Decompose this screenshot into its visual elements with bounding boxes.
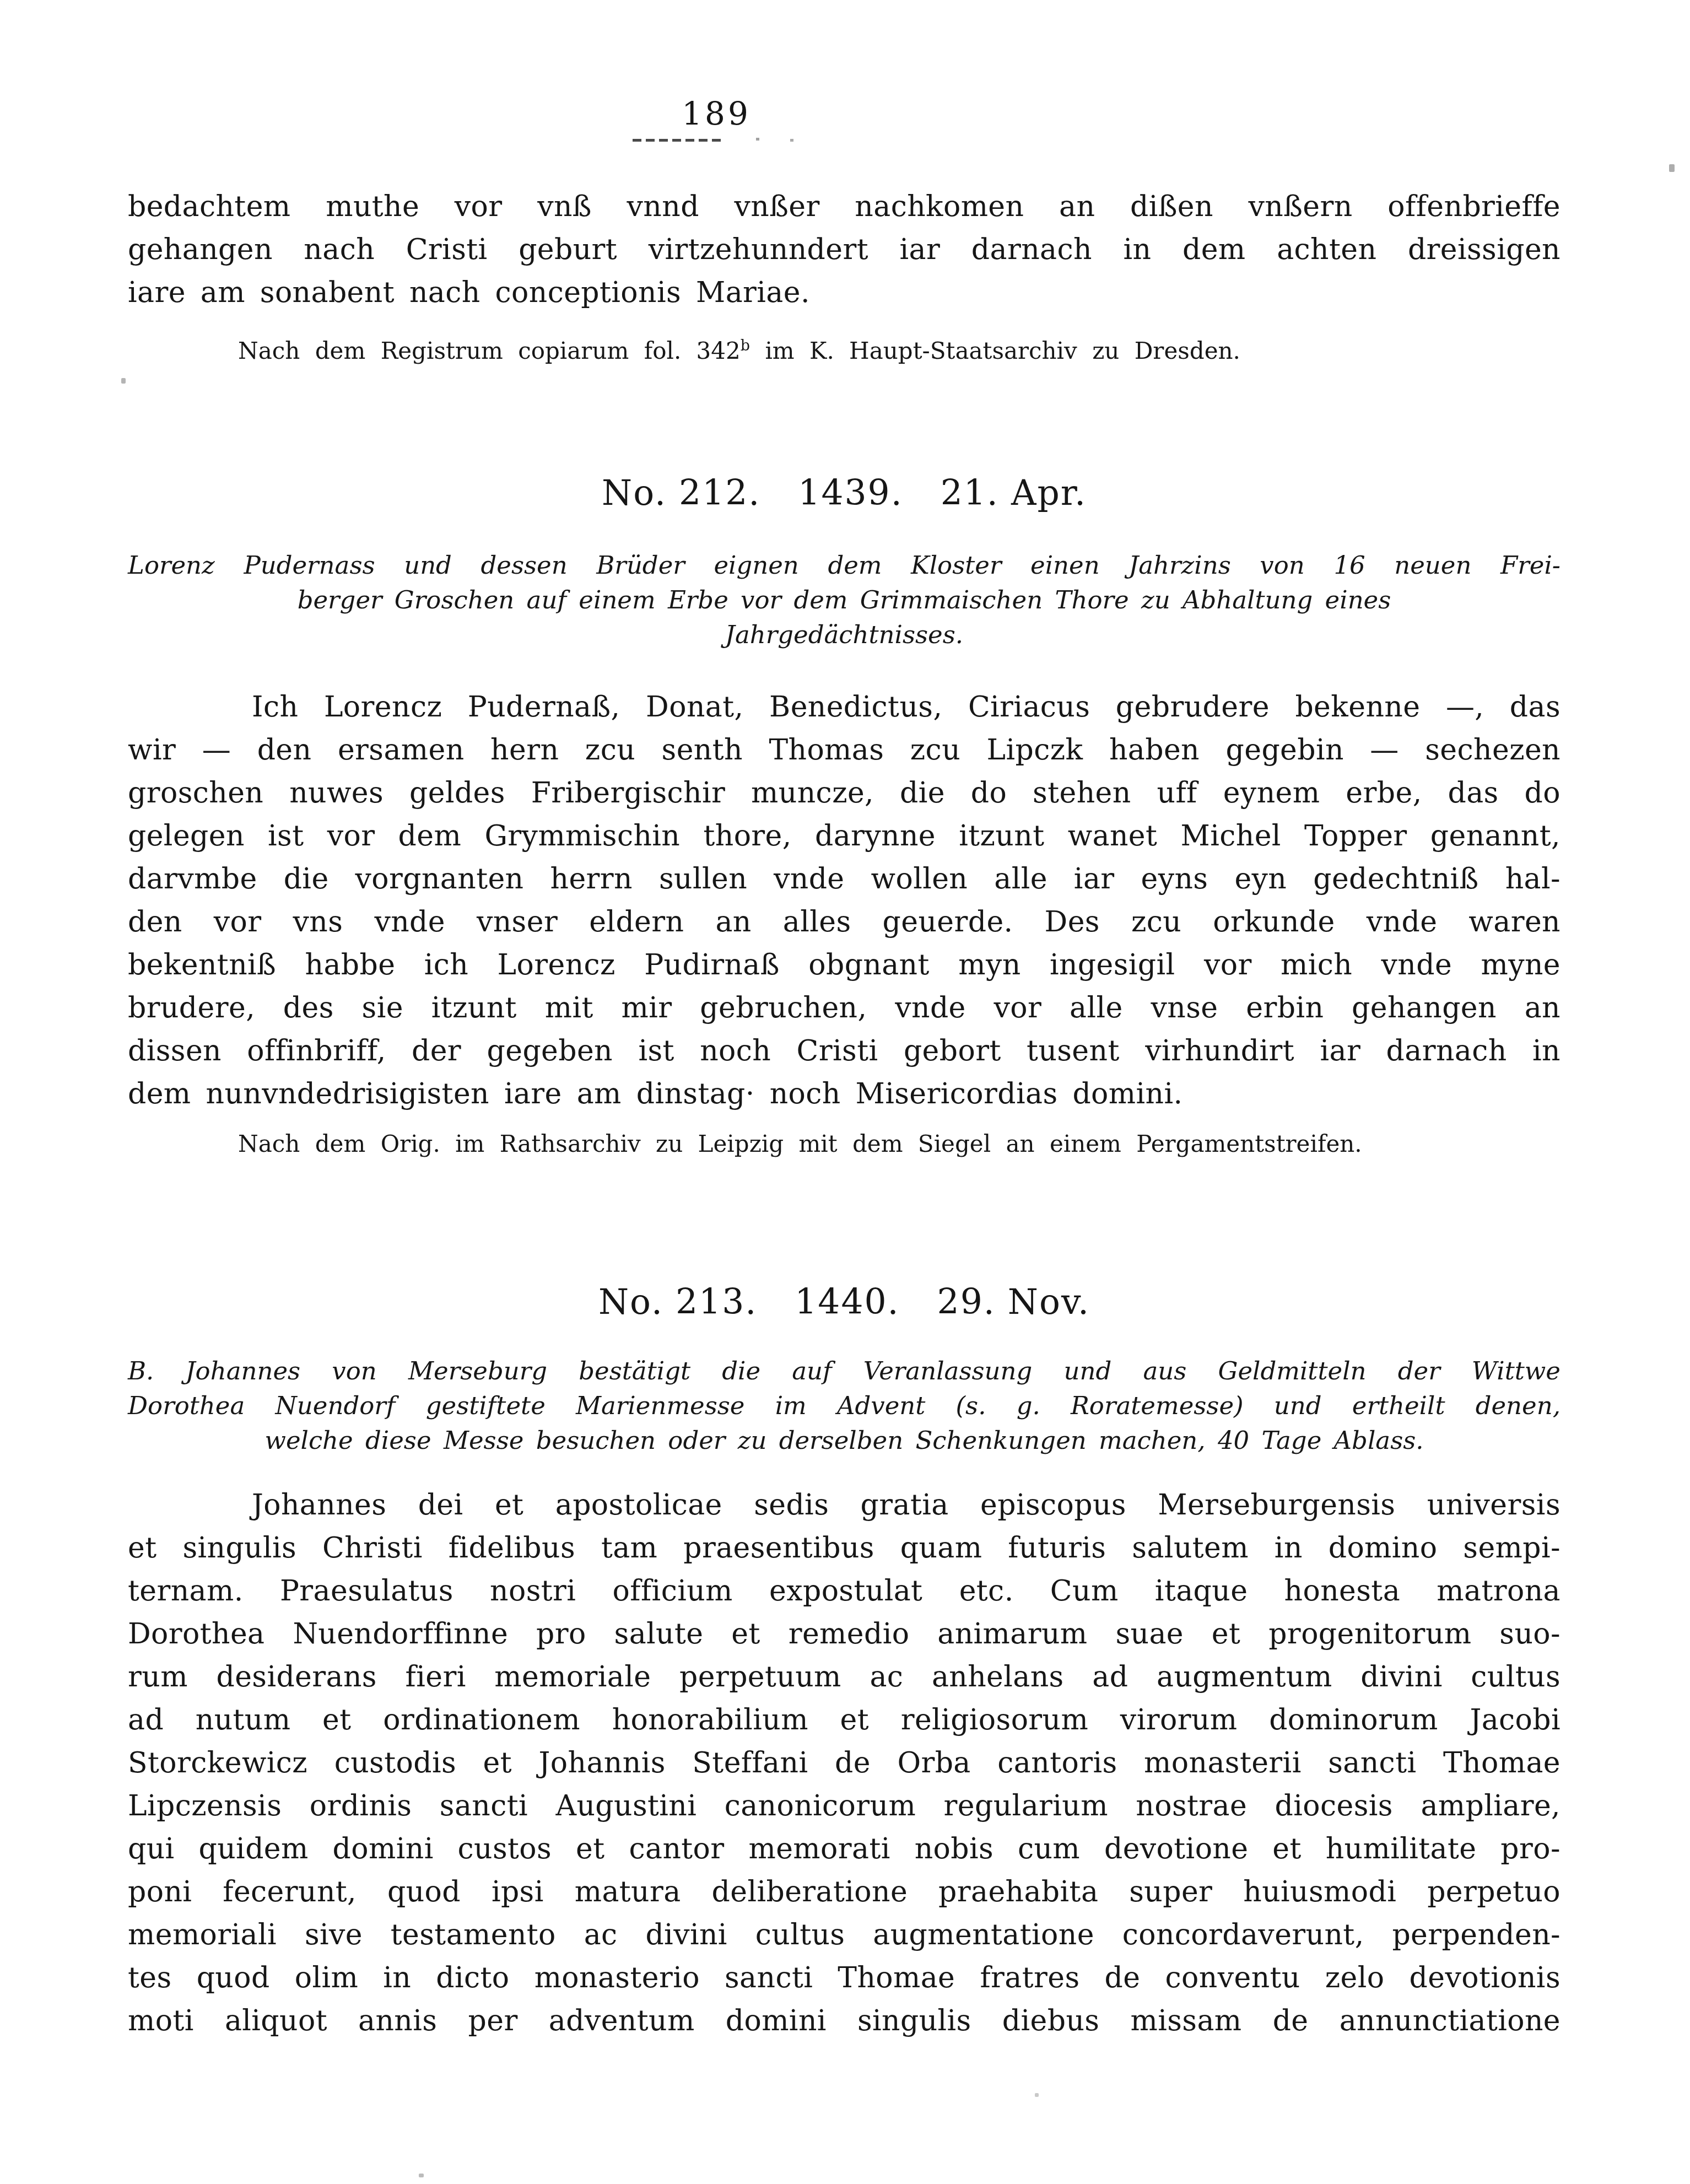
scan-artifact-speck xyxy=(1669,164,1675,172)
scan-artifact-speck xyxy=(121,378,126,384)
text-line: tes quod olim in dicto monasterio sancti… xyxy=(128,1956,1561,1999)
text-line: bedachtem muthe vor vnß vnnd vnßer nachk… xyxy=(128,185,1561,228)
text-line: dem nunvndedrisigisten iare am dinstag· … xyxy=(128,1072,1561,1115)
regest-line: berger Groschen auf einem Erbe vor dem G… xyxy=(128,583,1561,617)
source-note-prev: Nach dem Registrum copiarum fol. 342b im… xyxy=(128,331,1671,366)
text-line: ternam. Praesulatus nostri officium expo… xyxy=(128,1570,1561,1613)
entry-number: No. 212. xyxy=(602,473,760,513)
text-line: bekentniß habbe ich Lorencz Pudirnaß obg… xyxy=(128,943,1561,986)
entry-year: 1440. xyxy=(795,1282,899,1322)
entry-212-body: Ich Lorencz Pudernaß, Donat, Benedictus,… xyxy=(128,686,1561,1115)
entry-212-heading: No. 212. 1439. 21. Apr. xyxy=(128,473,1561,513)
entry-213-body: Johannes dei et apostolicae sedis gratia… xyxy=(128,1484,1561,2042)
entry-number: No. 213. xyxy=(598,1282,757,1322)
entry-date: 21. Apr. xyxy=(941,473,1087,513)
regest-line: Jahrgedächtnisses. xyxy=(128,617,1561,652)
text-line: Storckewicz custodis et Johannis Steffan… xyxy=(128,1741,1561,1784)
text-line: darvmbe die vorgnanten herrn sullen vnde… xyxy=(128,858,1561,900)
regest-line: welche diese Messe besuchen oder zu ders… xyxy=(128,1423,1561,1458)
entry-213-heading: No. 213. 1440. 29. Nov. xyxy=(128,1282,1561,1322)
source-note-text: Nach dem Orig. im Rathsarchiv zu Leipzig… xyxy=(238,1130,1362,1157)
regest-line: B. Johannes von Merseburg bestätigt die … xyxy=(128,1353,1561,1388)
text-line: memoriali sive testamento ac divini cult… xyxy=(128,1913,1561,1956)
book-page: 189 bedachtem muthe vor vnß vnnd vnßer n… xyxy=(0,0,1690,2184)
text-line: gelegen ist vor dem Grymmischin thore, d… xyxy=(128,815,1561,858)
text-line: Johannes dei et apostolicae sedis gratia… xyxy=(128,1484,1561,1527)
text-line: wir — den ersamen hern zcu senth Thomas … xyxy=(128,729,1561,772)
text-line: groschen nuwes geldes Fribergischir munc… xyxy=(128,772,1561,815)
intro-paragraph: bedachtem muthe vor vnß vnnd vnßer nachk… xyxy=(128,185,1561,314)
entry-date: 29. Nov. xyxy=(937,1282,1090,1322)
regest-line: Dorothea Nuendorf gestiftete Marienmesse… xyxy=(128,1388,1561,1423)
source-note-text: Nach dem Registrum copiarum fol. 342 xyxy=(238,337,741,364)
text-line: gehangen nach Cristi geburt virtzehunnde… xyxy=(128,228,1561,271)
text-line: dissen offinbriff, der gegeben ist noch … xyxy=(128,1029,1561,1072)
text-line: ad nutum et ordinationem honorabilium et… xyxy=(128,1698,1561,1741)
folio-superscript: b xyxy=(741,337,750,354)
text-line: Dorothea Nuendorffinne pro salute et rem… xyxy=(128,1613,1561,1655)
scan-artifact-dots xyxy=(756,138,759,141)
regest-line: Lorenz Pudernass und dessen Brüder eigne… xyxy=(128,548,1561,583)
text-line: Ich Lorencz Pudernaß, Donat, Benedictus,… xyxy=(128,686,1561,729)
text-line: moti aliquot annis per adventum domini s… xyxy=(128,1999,1561,2042)
entry-year: 1439. xyxy=(798,473,903,513)
entry-212-source-note: Nach dem Orig. im Rathsarchiv zu Leipzig… xyxy=(128,1129,1671,1160)
text-line: qui quidem domini custos et cantor memor… xyxy=(128,1827,1561,1870)
scan-artifact-speck xyxy=(419,2174,424,2177)
text-line: den vor vns vnde vnser eldern an alles g… xyxy=(128,900,1561,943)
scan-artifact-dash xyxy=(633,139,721,142)
text-line: iare am sonabent nach conceptionis Maria… xyxy=(128,271,1561,314)
page-number: 189 xyxy=(650,95,782,132)
entry-212-regest: Lorenz Pudernass und dessen Brüder eigne… xyxy=(128,548,1561,652)
text-line: et singulis Christi fidelibus tam praese… xyxy=(128,1527,1561,1570)
text-line: rum desiderans fieri memoriale perpetuum… xyxy=(128,1655,1561,1698)
text-line: poni fecerunt, quod ipsi matura delibera… xyxy=(128,1870,1561,1913)
source-note-text: im K. Haupt-Staatsarchiv zu Dresden. xyxy=(750,337,1240,364)
text-line: Lipczensis ordinis sancti Augustini cano… xyxy=(128,1784,1561,1827)
scan-artifact-speck xyxy=(1035,2093,1039,2097)
entry-213-regest: B. Johannes von Merseburg bestätigt die … xyxy=(128,1353,1561,1458)
text-line: brudere, des sie itzunt mit mir gebruche… xyxy=(128,986,1561,1029)
